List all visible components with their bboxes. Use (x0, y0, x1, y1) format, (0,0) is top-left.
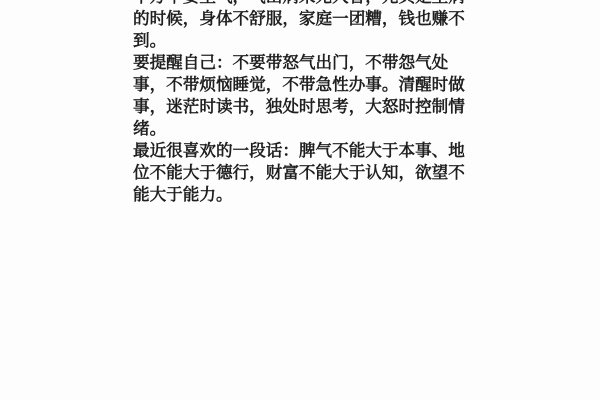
text-line: 绪。 (133, 118, 467, 140)
text-line: 最近很喜欢的一段话：脾气不能大于本事、地 (133, 140, 467, 162)
text-line: 事，不带烦恼睡觉，不带急性办事。清醒时做 (133, 74, 467, 96)
text-line: 能大于能力。 (133, 184, 467, 206)
clipped-text-line: 千万不要生气，气出病来无人替，尤其是生病 (133, 0, 467, 8)
text-line: 事，迷茫时读书，独处时思考，大怒时控制情 (133, 96, 467, 118)
article-text-block: 千万不要生气，气出病来无人替，尤其是生病 的时候，身体不舒服，家庭一团糟，钱也赚… (133, 0, 467, 206)
text-line: 要提醒自己：不要带怒气出门，不带怨气处 (133, 52, 467, 74)
text-line: 到。 (133, 30, 467, 52)
text-line: 的时候，身体不舒服，家庭一团糟，钱也赚不 (133, 8, 467, 30)
text-line: 位不能大于德行，财富不能大于认知，欲望不 (133, 162, 467, 184)
